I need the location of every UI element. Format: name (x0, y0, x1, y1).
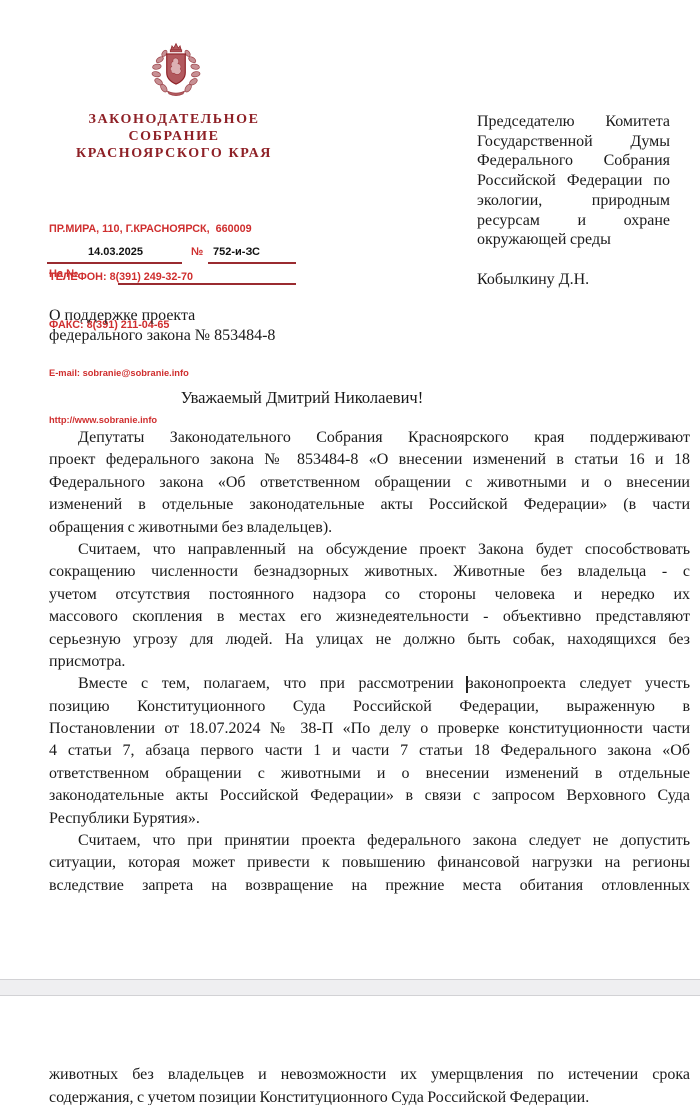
body-line: позицию Конституционного Суда Российской… (49, 696, 690, 718)
org-name-line: ЗАКОНОДАТЕЛЬНОЕ (40, 111, 308, 128)
contact-phone: ТЕЛЕФОН: 8(391) 249-32-70 (49, 271, 329, 283)
recipient-line: ресурсам и охране (477, 211, 670, 231)
letter-body-page2[interactable]: животных без владельцев и невозможности … (49, 1064, 690, 1105)
recipient-block: Председателю Комитета Государственной Ду… (477, 112, 670, 250)
ref-underline (118, 283, 296, 285)
recipient-name: Кобылкину Д.Н. (477, 270, 670, 290)
date-value: 14.03.2025 (49, 246, 182, 258)
body-line: Депутаты Законодательного Собрания Красн… (49, 427, 690, 449)
page-1[interactable]: ЗАКОНОДАТЕЛЬНОЕ СОБРАНИЕ КРАСНОЯРСКОГО К… (0, 0, 700, 979)
body-line: Считаем, что при принятии проекта федера… (49, 830, 690, 852)
body-line: законодательные акты Российской Федераци… (49, 785, 690, 807)
body-line: учетом отсутствия постоянного надзора со… (49, 584, 690, 606)
ref-number-label: На № (49, 268, 78, 280)
body-line: сокращению численности безнадзорных живо… (49, 561, 690, 583)
org-name-line: СОБРАНИЕ (40, 128, 308, 145)
recipient-line: Российской Федерации по (477, 171, 670, 191)
org-name: ЗАКОНОДАТЕЛЬНОЕ СОБРАНИЕ КРАСНОЯРСКОГО К… (40, 111, 308, 162)
text-cursor (466, 676, 468, 693)
recipient-line: Председателю Комитета (477, 112, 670, 132)
body-line: ответственном обращении с животными и о … (49, 763, 690, 785)
subject-line: федерального закона № 853484-8 (49, 326, 469, 346)
body-line: Считаем, что направленный на обсуждение … (49, 539, 690, 561)
contact-email: E-mail: sobranie@sobranie.info (49, 368, 329, 379)
body-line: Республики Бурятия». (49, 808, 690, 830)
subject-block: О поддержке проекта федерального закона … (49, 306, 469, 346)
body-line: ситуации, которая может привести к повыш… (49, 852, 690, 874)
body-line: Вместе с тем, полагаем, что при рассмотр… (49, 673, 690, 695)
body-line: серьезную угрозу для людей. На улицах не… (49, 629, 690, 651)
recipient-line: окружающей среды (477, 230, 670, 250)
body-line: присмотра. (49, 651, 690, 673)
subject-line: О поддержке проекта (49, 306, 469, 326)
contact-address: ПР.МИРА, 110, Г.КРАСНОЯРСК, 660009 (49, 223, 329, 235)
recipient-line: Государственной Думы (477, 132, 670, 152)
body-line: Постановлении от 18.07.2024 № 38-П «По д… (49, 718, 690, 740)
salutation: Уважаемый Дмитрий Николаевич! (49, 388, 555, 408)
page-separator (0, 979, 700, 996)
body-line: Федерального закона «Об ответственном об… (49, 472, 690, 494)
number-underline (208, 262, 296, 264)
date-underline (47, 262, 182, 264)
body-line: вследствие запрета на возвращение на пре… (49, 875, 690, 897)
recipient-line: экологии, природным (477, 191, 670, 211)
coat-of-arms-icon (147, 40, 205, 98)
body-line: массового скопления в местах его жизнеде… (49, 606, 690, 628)
number-sign: № (191, 246, 203, 258)
doc-number-value: 752-и-ЗС (213, 246, 260, 258)
body-line: проект федерального закона № 853484-8 «О… (49, 449, 690, 471)
body-line: обращения с животными без владельцев). (49, 517, 690, 539)
recipient-line: Федерального Собрания (477, 151, 670, 171)
org-name-line: КРАСНОЯРСКОГО КРАЯ (40, 145, 308, 162)
body-line: животных без владельцев и невозможности … (49, 1064, 690, 1087)
contact-website: http://www.sobranie.info (49, 415, 329, 426)
body-line: 4 статьи 7, абзаца первого части 1 и час… (49, 740, 690, 762)
letter-body[interactable]: Депутаты Законодательного Собрания Красн… (49, 427, 690, 897)
body-line: содержания, с учетом позиции Конституцио… (49, 1087, 690, 1105)
body-line: изменений в отдельные законодательные ак… (49, 494, 690, 516)
document-viewer: ЗАКОНОДАТЕЛЬНОЕ СОБРАНИЕ КРАСНОЯРСКОГО К… (0, 0, 700, 1105)
